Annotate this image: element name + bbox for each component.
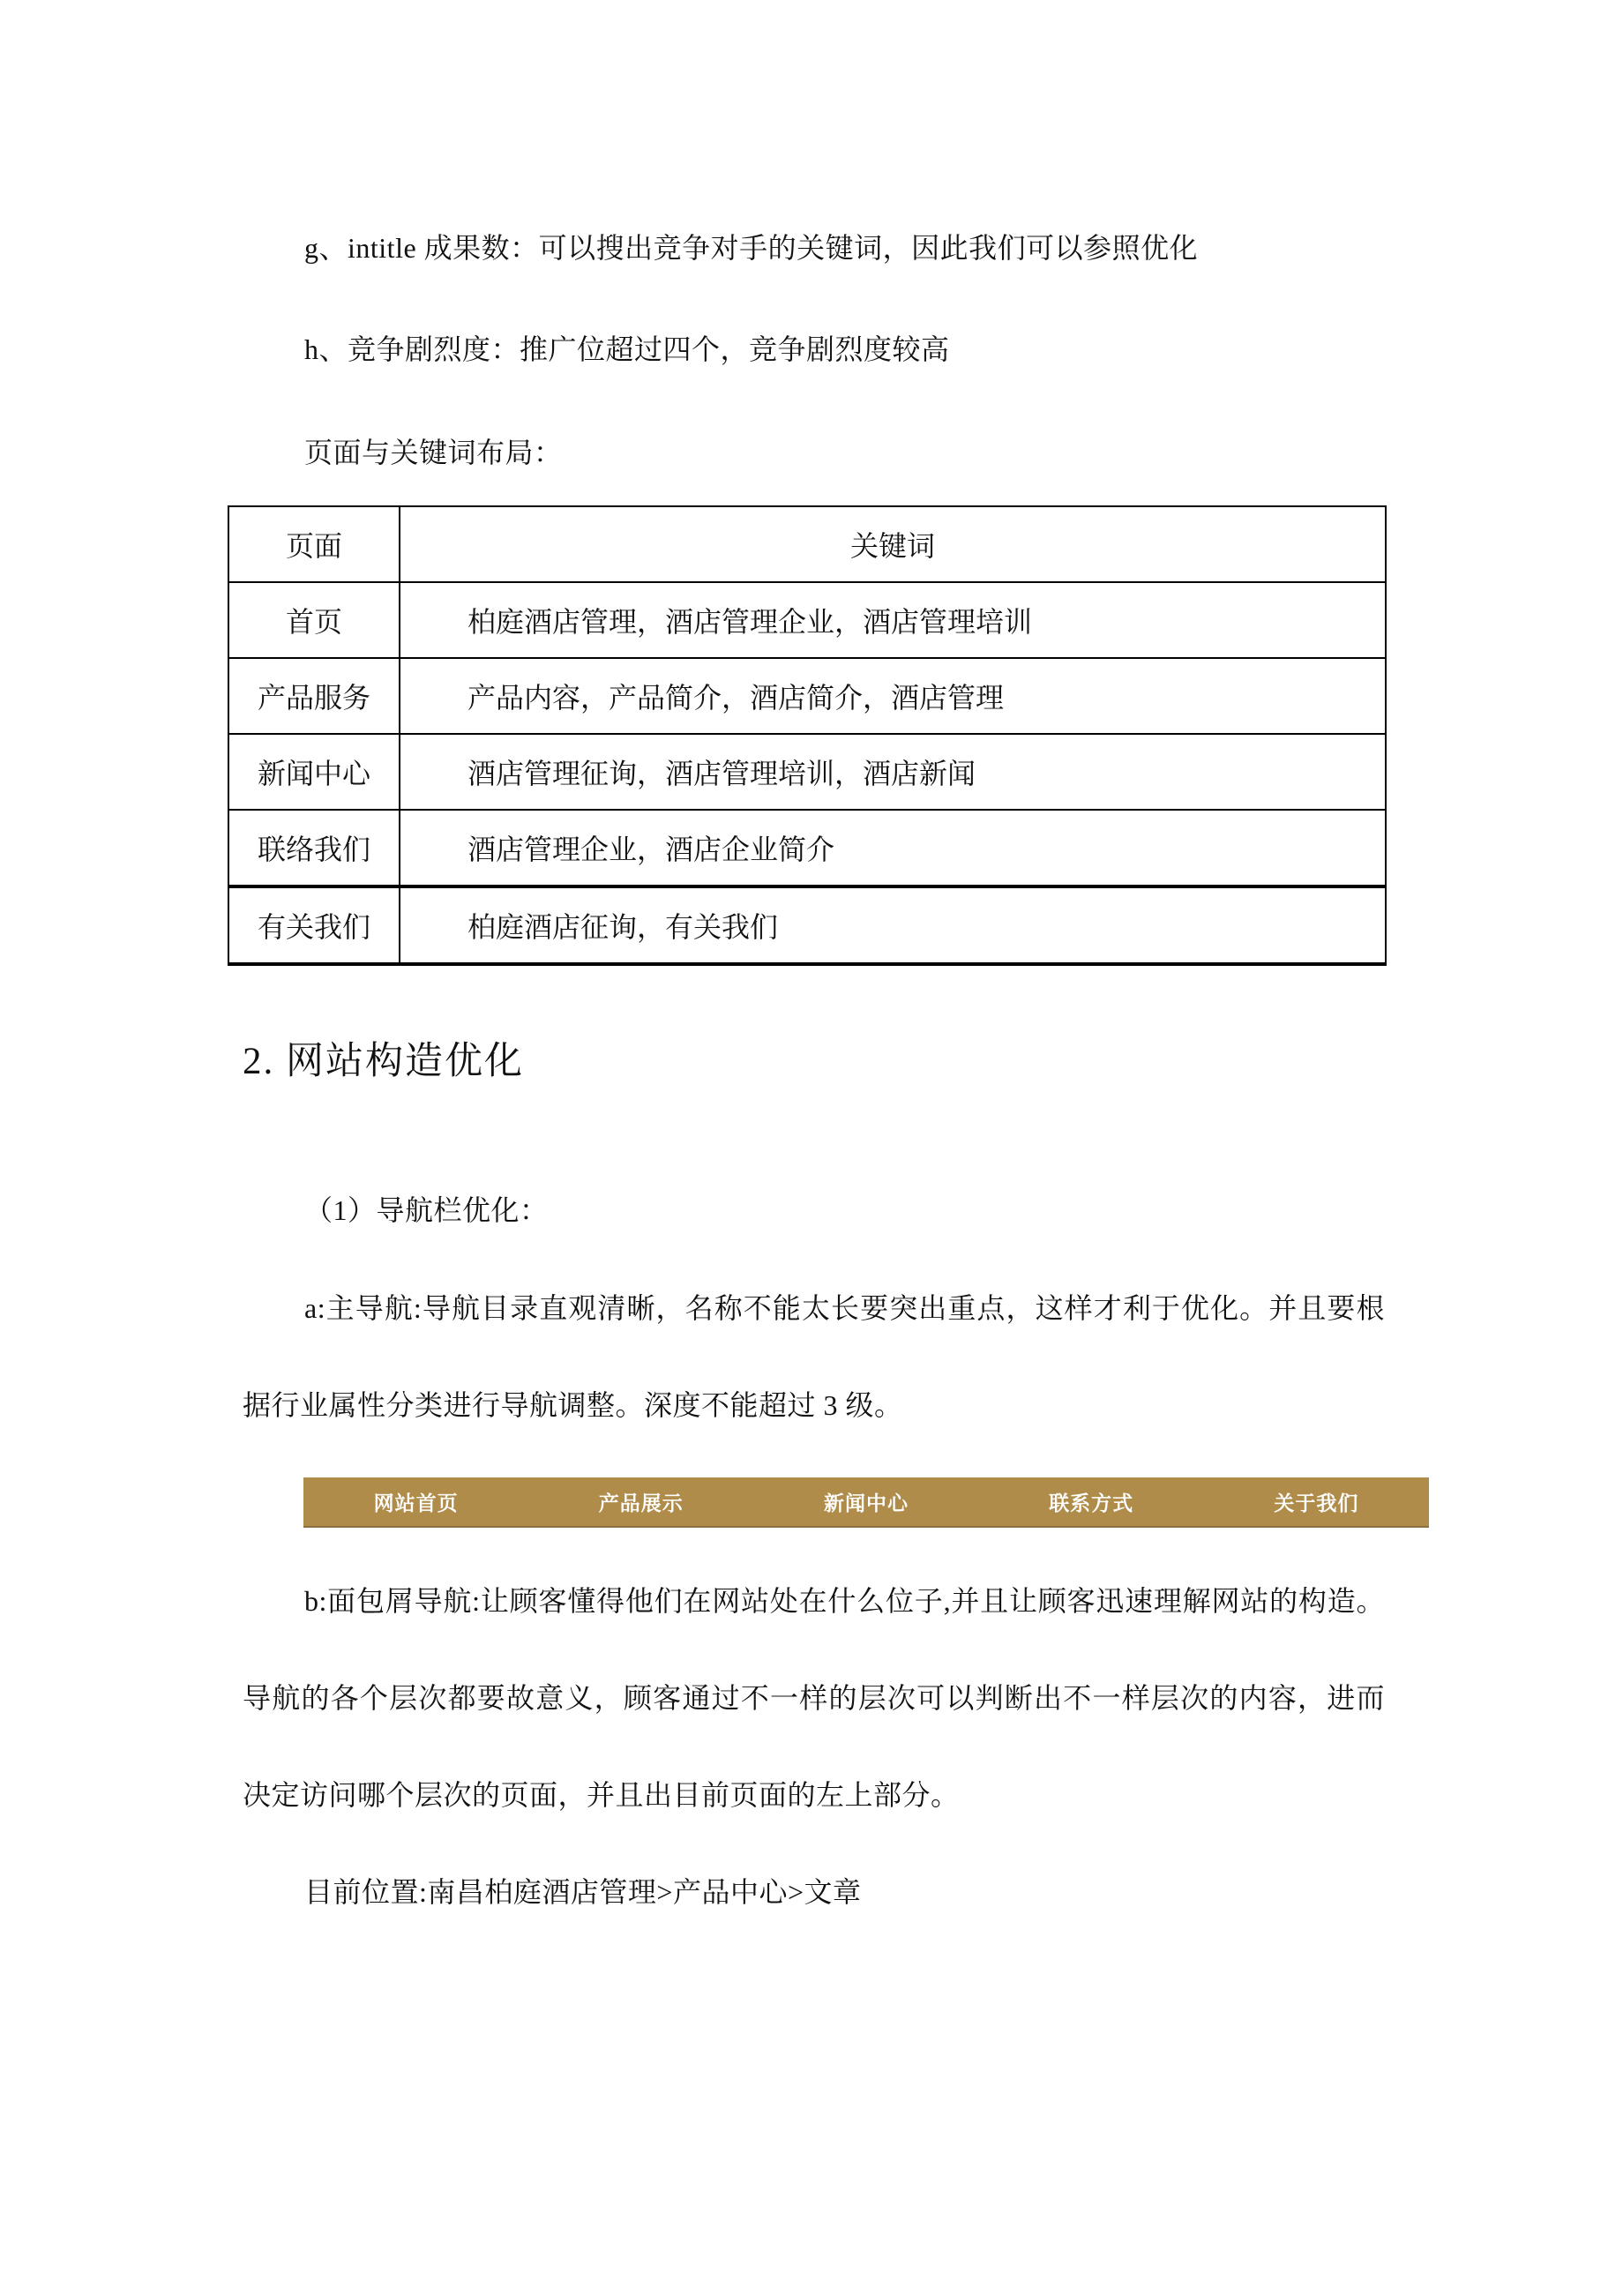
section-heading-site-structure: 2. 网站构造优化 xyxy=(243,1041,1623,1083)
nav-item-home: 网站首页 xyxy=(374,1487,459,1516)
table-row: 首页 柏庭酒店管理，酒店管理企业，酒店管理培训 xyxy=(228,582,1386,658)
table-cell-page: 联络我们 xyxy=(228,810,400,886)
table-cell-keywords: 酒店管理征询，酒店管理培训，酒店新闻 xyxy=(400,734,1386,810)
table-cell-page: 有关我们 xyxy=(228,886,400,964)
nav-item-contact: 联系方式 xyxy=(1049,1487,1133,1516)
table-cell-keywords: 柏庭酒店管理，酒店管理企业，酒店管理培训 xyxy=(400,582,1386,658)
table-row: 产品服务 产品内容，产品简介，酒店简介，酒店管理 xyxy=(228,658,1386,734)
table-cell-keywords: 酒店管理企业，酒店企业简介 xyxy=(400,810,1386,886)
table-header-keywords: 关键词 xyxy=(400,506,1386,582)
paragraph-competition-intensity: h、竞争剧烈度：推广位超过四个，竞争剧烈度较高 xyxy=(243,301,1385,398)
table-cell-keywords: 产品内容，产品简介，酒店简介，酒店管理 xyxy=(400,658,1386,734)
table-cell-page: 新闻中心 xyxy=(228,734,400,810)
paragraph-table-intro: 页面与关键词布局： xyxy=(243,404,1385,501)
paragraph-nav-optimization-label: （1）导航栏优化： xyxy=(243,1162,1385,1259)
table-row: 联络我们 酒店管理企业，酒店企业简介 xyxy=(228,810,1386,886)
table-row: 新闻中心 酒店管理征询，酒店管理培训，酒店新闻 xyxy=(228,734,1386,810)
table-cell-page: 产品服务 xyxy=(228,658,400,734)
table-header-row: 页面 关键词 xyxy=(228,506,1386,582)
paragraph-intitle-results: g、intitle 成果数：可以搜出竞争对手的关键词，因此我们可以参照优化 xyxy=(243,199,1385,296)
paragraph-current-location: 目前位置:南昌柏庭酒店管理>产品中心>文章 xyxy=(243,1844,1385,1941)
document-page: g、intitle 成果数：可以搜出竞争对手的关键词，因此我们可以参照优化 h、… xyxy=(0,0,1623,2296)
paragraph-main-navigation: a:主导航:导航目录直观清晰，名称不能太长要突出重点，这样才利于优化。并且要根据… xyxy=(243,1260,1385,1454)
table-cell-keywords: 柏庭酒店征询，有关我们 xyxy=(400,886,1386,964)
keyword-table: 页面 关键词 首页 柏庭酒店管理，酒店管理企业，酒店管理培训 产品服务 产品内容… xyxy=(228,505,1387,966)
table-cell-page: 首页 xyxy=(228,582,400,658)
paragraph-breadcrumb-navigation: b:面包屑导航:让顾客懂得他们在网站处在什么位子,并且让顾客迅速理解网站的构造。… xyxy=(243,1552,1385,1844)
nav-item-about: 关于我们 xyxy=(1274,1487,1358,1516)
site-nav-bar: 网站首页 产品展示 新闻中心 联系方式 关于我们 xyxy=(303,1477,1429,1528)
table-row: 有关我们 柏庭酒店征询，有关我们 xyxy=(228,886,1386,964)
nav-item-news: 新闻中心 xyxy=(824,1487,909,1516)
nav-item-products: 产品展示 xyxy=(599,1487,684,1516)
table-header-page: 页面 xyxy=(228,506,400,582)
